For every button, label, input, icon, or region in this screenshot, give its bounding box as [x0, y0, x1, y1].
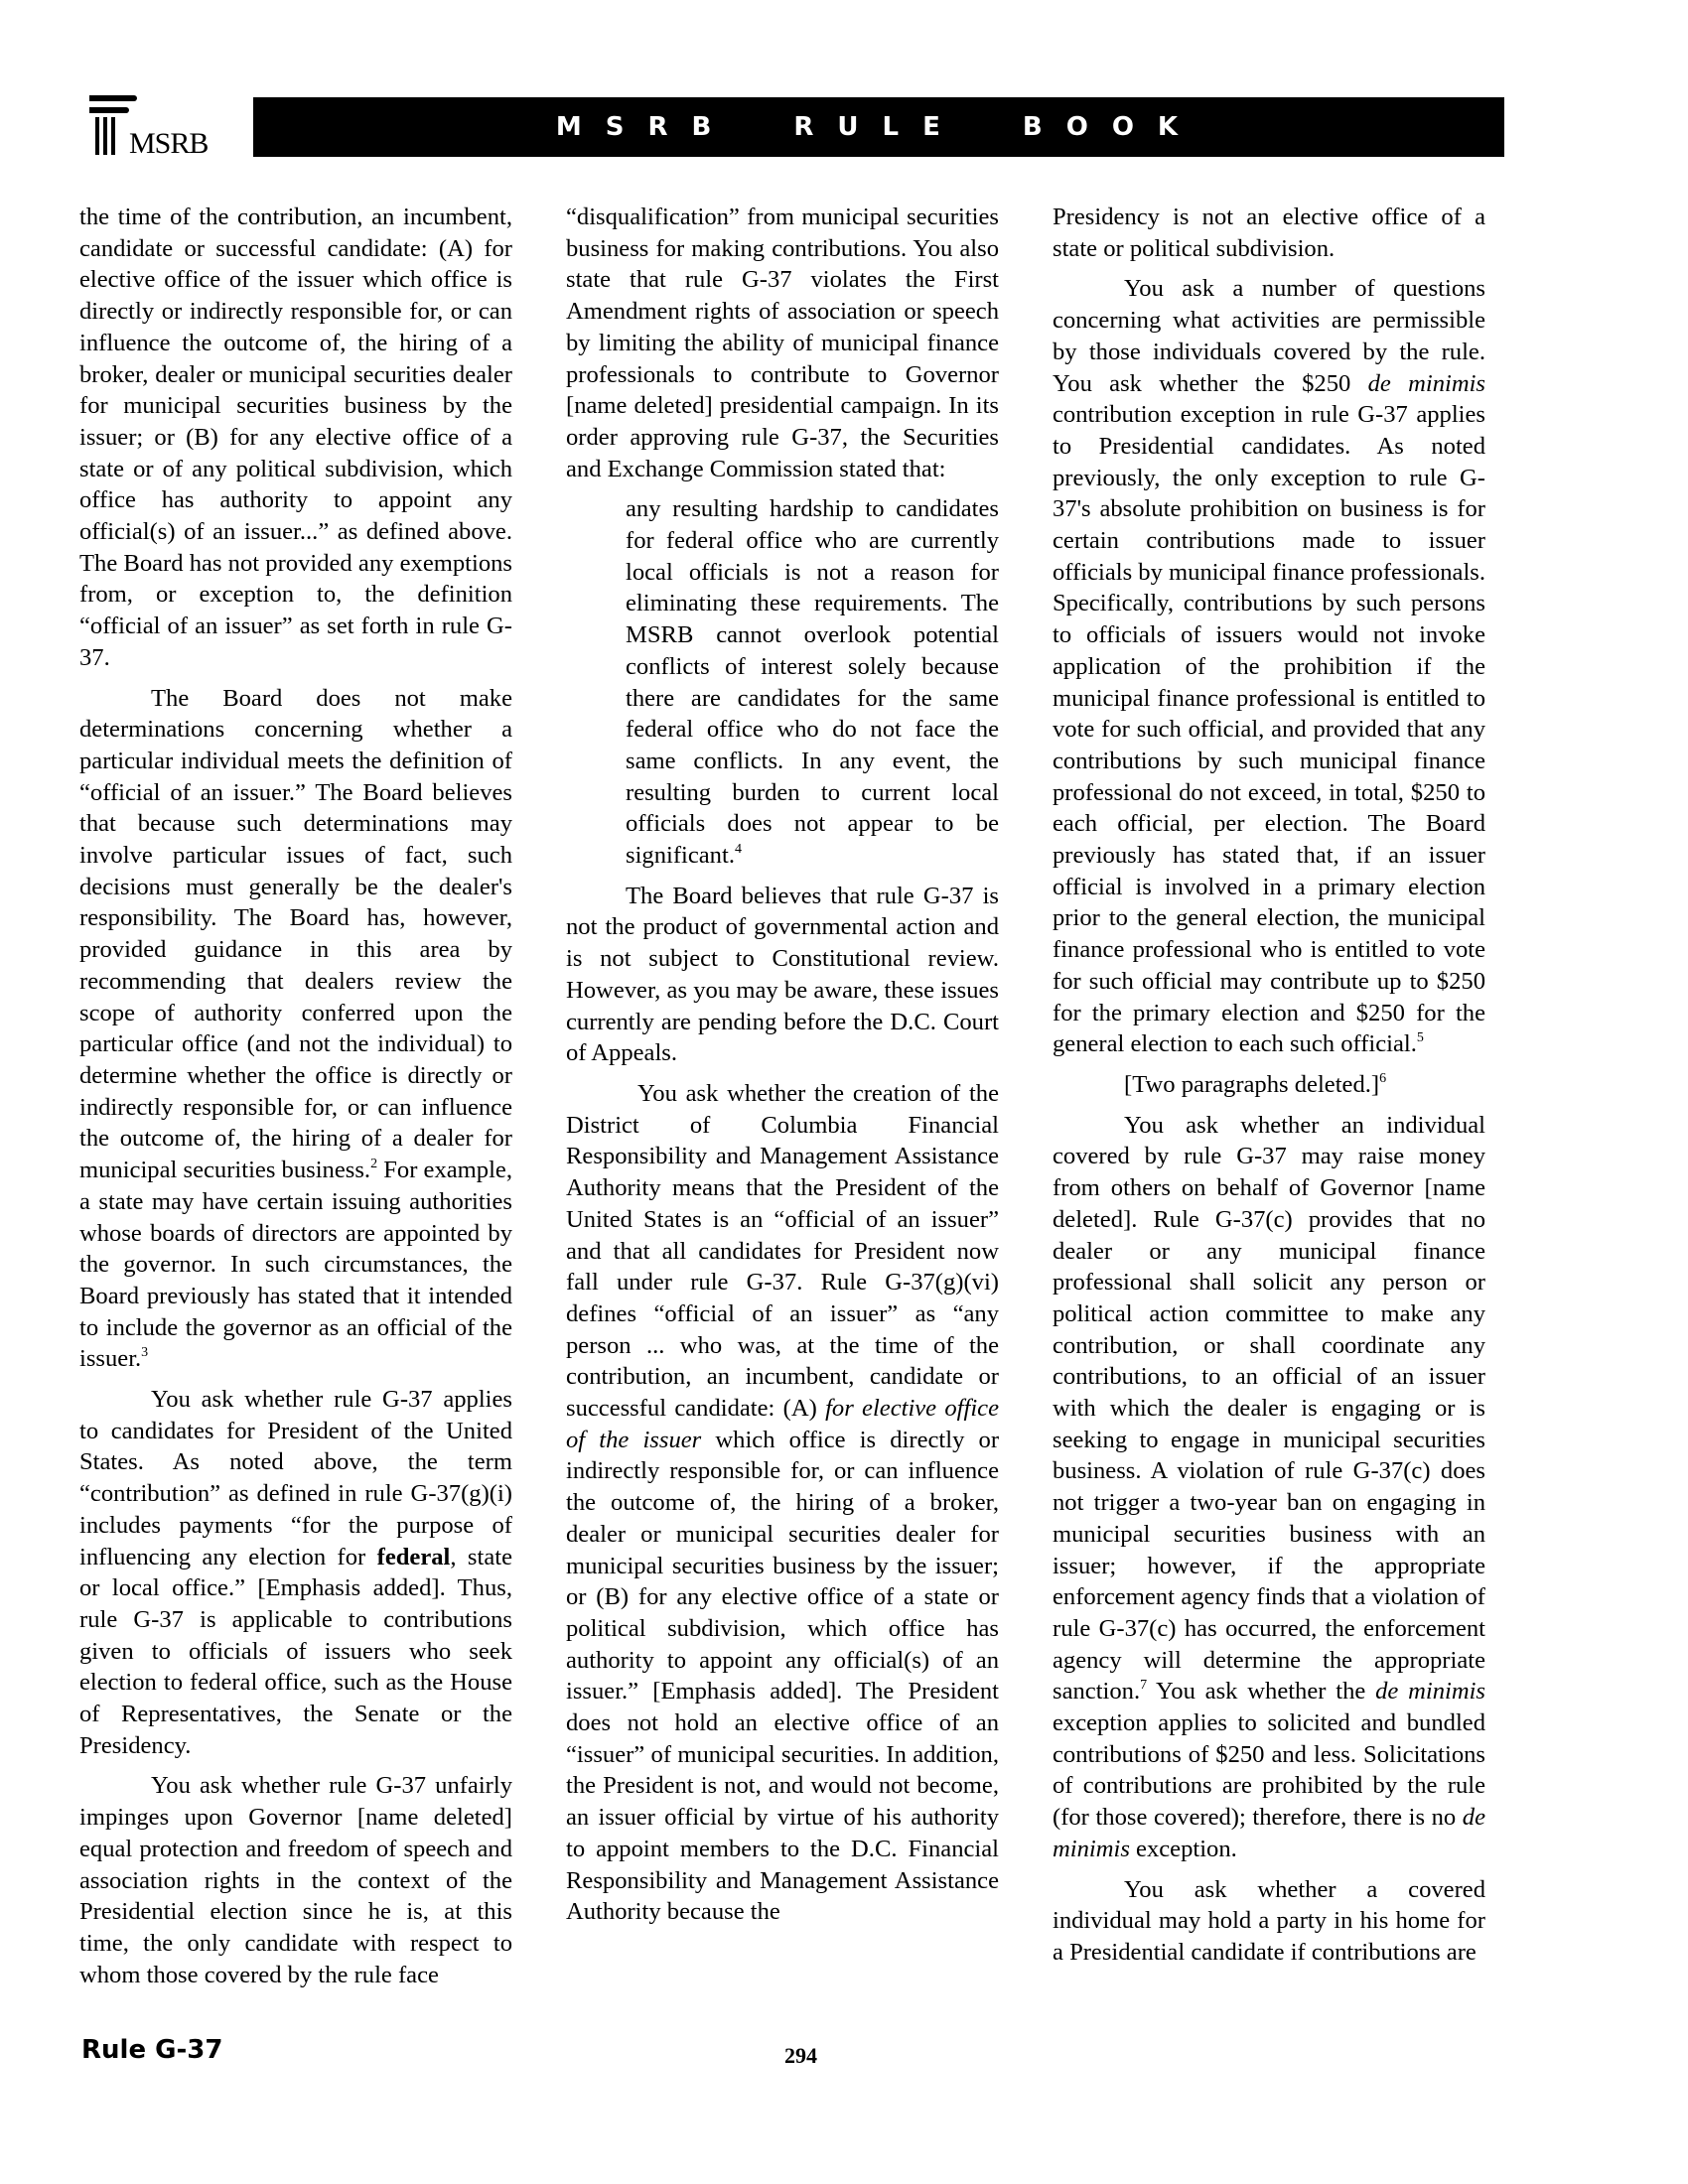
logo-pillar-icon: [103, 117, 107, 155]
footnote-ref: 6: [1379, 1071, 1386, 1086]
paragraph: Presidency is not an elective office of …: [1053, 202, 1485, 264]
text-run: exception applies to solicited and bundl…: [1053, 1709, 1485, 1831]
paragraph: You ask whether rule G-37 applies to can…: [79, 1384, 512, 1761]
text-run: exception.: [1130, 1836, 1237, 1862]
footer-rule-label: Rule G-37: [81, 2035, 222, 2065]
footnote-ref: 3: [141, 1345, 148, 1360]
deleted-paragraphs-note: [Two paragraphs deleted.]6: [1053, 1069, 1485, 1101]
logo-pillar-cap-icon: [89, 95, 137, 101]
footnote-ref: 5: [1417, 1030, 1424, 1045]
emphasis-italic: de minimis: [1368, 370, 1485, 397]
paragraph: You ask whether an individual covered by…: [1053, 1110, 1485, 1865]
footnote-ref: 4: [735, 842, 742, 857]
text-run: You ask whether the creation of the Dist…: [566, 1080, 999, 1422]
paragraph: You ask whether a covered individual may…: [1053, 1874, 1485, 1969]
header-banner: MSRB RULE BOOK: [253, 97, 1504, 157]
paragraph: You ask whether the creation of the Dist…: [566, 1078, 999, 1928]
paragraph: The Board believes that rule G-37 is not…: [566, 881, 999, 1069]
text-run: which office is directly or indirectly r…: [566, 1427, 999, 1926]
page-number: 294: [784, 2043, 817, 2069]
text-column-2: “disqualification” from municipal securi…: [566, 202, 999, 1937]
text-run: , state or local office.” [Emphasis adde…: [79, 1544, 512, 1759]
text-run: contribution exception in rule G-37 appl…: [1053, 401, 1485, 1057]
text-run: [Two paragraphs deleted.]: [1124, 1071, 1379, 1098]
logo-pillar-cap-icon: [89, 107, 129, 113]
paragraph: The Board does not make determinations c…: [79, 683, 512, 1375]
text-run: You ask whether the: [1147, 1678, 1375, 1705]
paragraph: You ask a number of questions concerning…: [1053, 273, 1485, 1060]
block-quote: any resulting hardship to candidates for…: [626, 493, 999, 871]
footnote-ref: 2: [370, 1157, 377, 1171]
text-run: any resulting hardship to candidates for…: [626, 495, 999, 869]
text-run: For example, a state may have certain is…: [79, 1157, 512, 1372]
text-column-3: Presidency is not an elective office of …: [1053, 202, 1485, 1978]
msrb-logo: MSRB: [83, 95, 242, 157]
text-run: The Board does not make determinations c…: [79, 685, 512, 1184]
text-run: You ask whether an individual covered by…: [1053, 1112, 1485, 1706]
paragraph: You ask whether rule G-37 unfairly impin…: [79, 1770, 512, 1990]
paragraph: the time of the contribution, an incumbe…: [79, 202, 512, 674]
logo-text: MSRB: [129, 127, 208, 161]
banner-title: MSRB RULE BOOK: [556, 112, 1201, 142]
logo-pillar-icon: [111, 117, 115, 155]
logo-pillar-icon: [95, 117, 99, 155]
text-column-1: the time of the contribution, an incumbe…: [79, 202, 512, 1999]
emphasis-bold: federal: [377, 1544, 451, 1570]
paragraph: “disqualification” from municipal securi…: [566, 202, 999, 484]
emphasis-italic: de minimis: [1375, 1678, 1485, 1705]
